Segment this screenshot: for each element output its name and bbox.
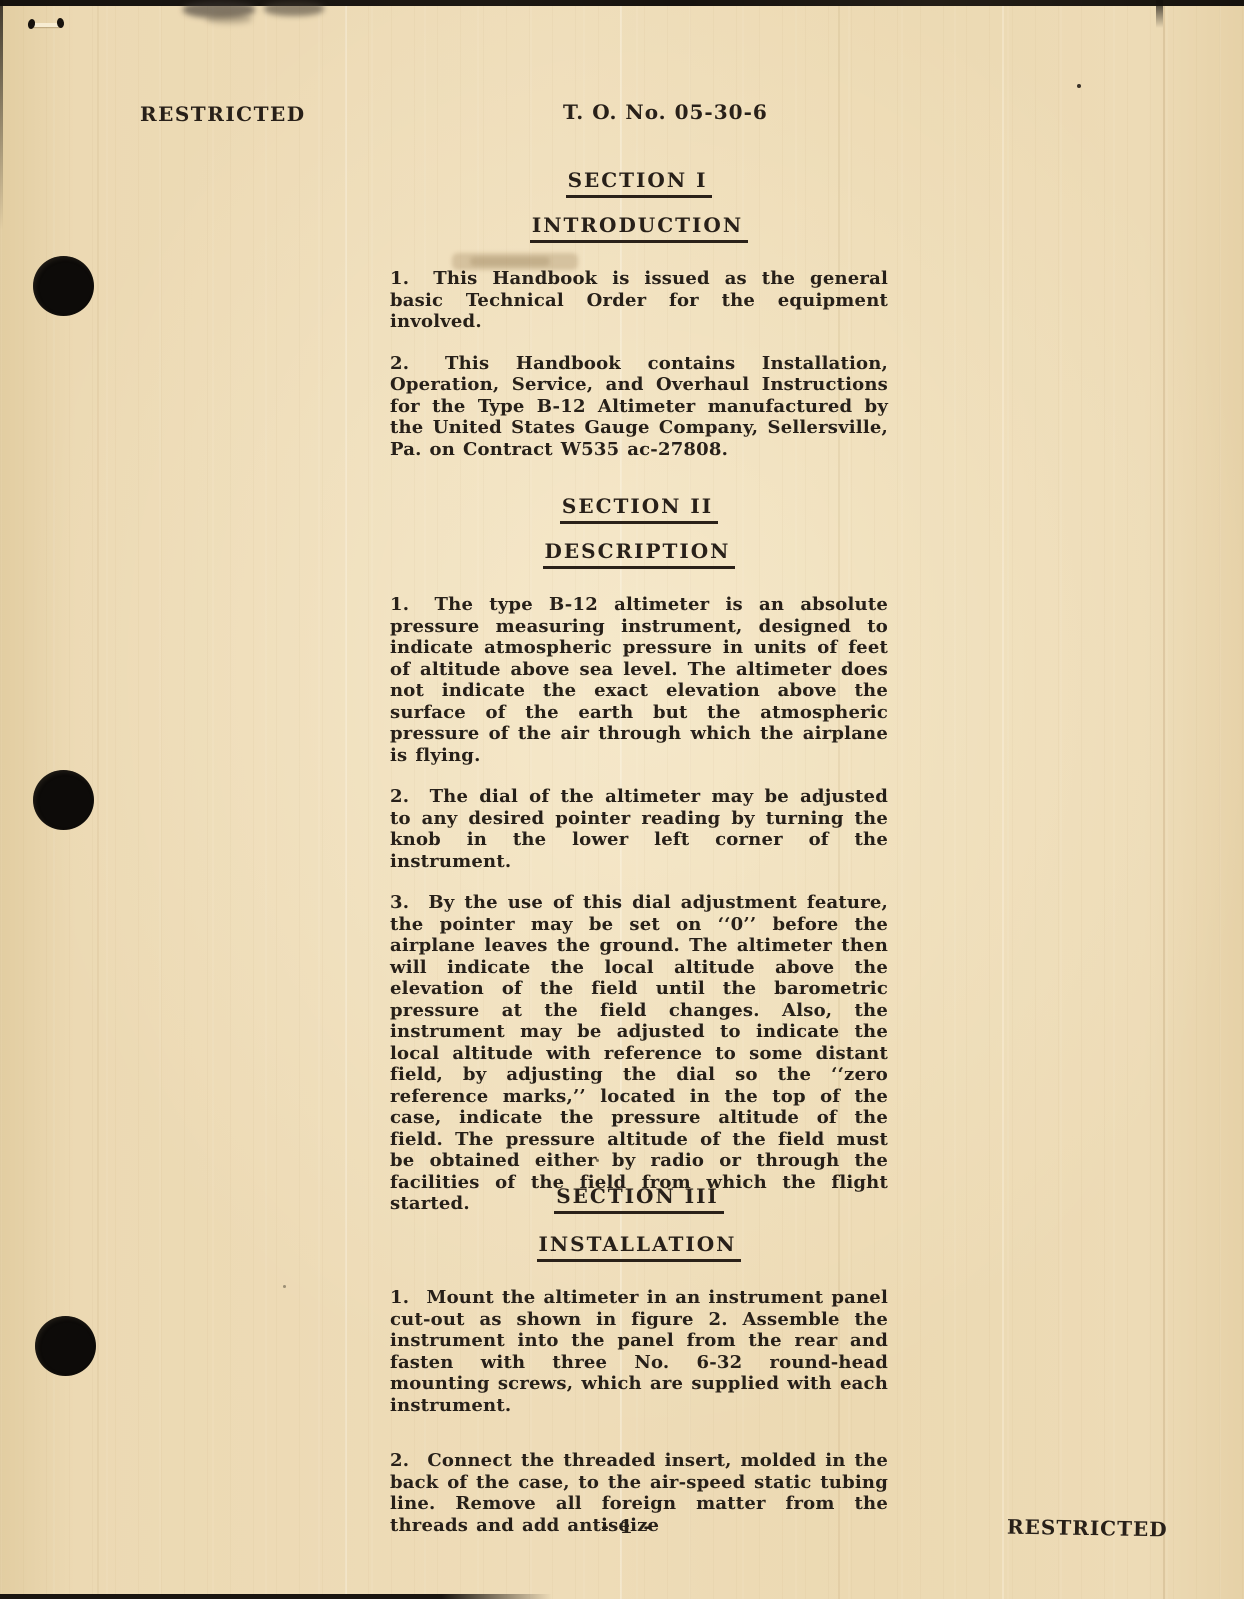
- punch-hole: [33, 256, 94, 316]
- paragraph: 2. The dial of the altimeter may be adju…: [390, 786, 888, 872]
- paragraph: 1. This Handbook is issued as the genera…: [390, 268, 888, 333]
- section-i: SECTION I INTRODUCTION 1. This Handbook …: [390, 168, 888, 460]
- paper-speck: [283, 1285, 286, 1288]
- section-i-title: SECTION I: [390, 168, 888, 192]
- scan-streak: [97, 0, 99, 1599]
- punch-hole: [33, 770, 94, 830]
- section-ii: SECTION II DESCRIPTION 1. The type B-12 …: [390, 494, 888, 1215]
- section-iii-title-text: SECTION III: [554, 1184, 724, 1214]
- section-i-subtitle-text: INTRODUCTION: [530, 213, 748, 243]
- scan-left-edge: [0, 0, 3, 230]
- paragraph: 1. Mount the altimeter in an instrument …: [390, 1287, 888, 1416]
- section-ii-subtitle-text: DESCRIPTION: [543, 539, 736, 569]
- section-ii-title-text: SECTION II: [560, 494, 718, 524]
- scan-bottom-edge: [0, 1594, 552, 1599]
- paper-speck: [1077, 84, 1081, 88]
- paragraph: 3. By the use of this dial adjustment fe…: [390, 892, 888, 1215]
- section-ii-subtitle: DESCRIPTION: [390, 539, 888, 563]
- technical-order-number: T. O. No. 05-30-6: [563, 100, 768, 124]
- ink-smudge: [264, 1, 324, 16]
- page-number: - 1 -: [601, 1516, 653, 1538]
- scan-streak: [1002, 0, 1004, 1599]
- classification-header: RESTRICTED: [140, 102, 306, 126]
- section-i-title-text: SECTION I: [566, 168, 713, 198]
- paragraph: 2. This Handbook contains Installation, …: [390, 353, 888, 461]
- section-iii-subtitle: INSTALLATION: [390, 1232, 888, 1256]
- scanned-document-page: RESTRICTED T. O. No. 05-30-6 SECTION I I…: [0, 0, 1244, 1599]
- staple-end: [56, 18, 64, 29]
- section-iii-title: SECTION III: [390, 1184, 888, 1208]
- section-i-subtitle: INTRODUCTION: [390, 213, 888, 237]
- scan-streak: [345, 0, 347, 1599]
- paragraph: 1. The type B-12 altimeter is an absolut…: [390, 594, 888, 766]
- section-iii: SECTION III INSTALLATION 1. Mount the al…: [390, 1184, 888, 1536]
- section-iii-subtitle-text: INSTALLATION: [537, 1232, 742, 1262]
- punch-hole: [35, 1316, 96, 1376]
- classification-footer: RESTRICTED: [1007, 1515, 1168, 1542]
- ink-smudge: [206, 14, 252, 24]
- scan-streak: [1163, 0, 1165, 1599]
- section-ii-title: SECTION II: [390, 494, 888, 518]
- staple: [33, 23, 60, 27]
- staple-end: [27, 18, 36, 29]
- scan-right-edge-mark: [1156, 0, 1163, 28]
